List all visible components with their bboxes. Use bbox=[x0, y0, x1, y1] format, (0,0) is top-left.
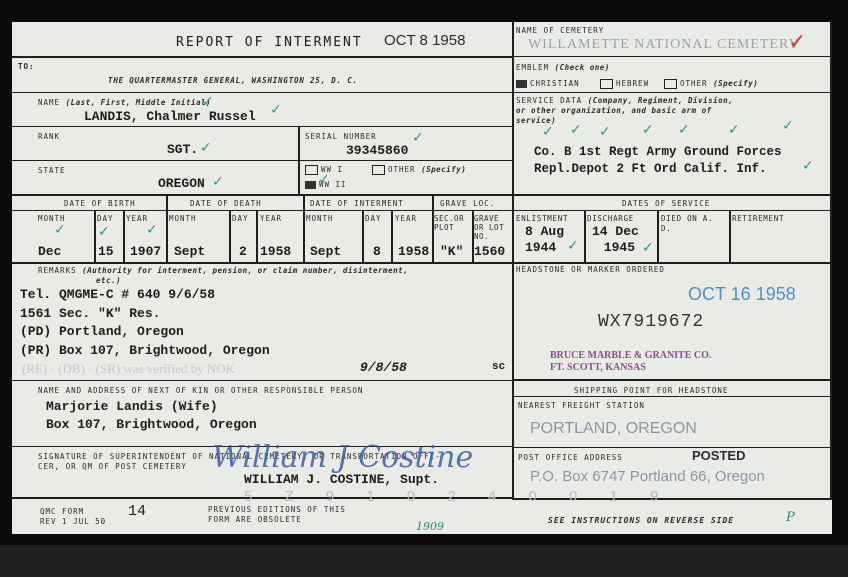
divider bbox=[12, 262, 832, 264]
interment-year: 1958 bbox=[398, 244, 429, 259]
verification-check-icon: ✓ bbox=[146, 222, 158, 238]
interment-day: 8 bbox=[373, 244, 381, 259]
remarks-line: 1561 Sec. "K" Res. bbox=[20, 305, 270, 324]
cemetery-label: NAME OF CEMETERY bbox=[516, 26, 604, 35]
interment-day-label: DAY bbox=[365, 214, 382, 223]
verification-check-icon: ✓ bbox=[212, 174, 224, 190]
remarks-line: (PR) Box 107, Brightwood, Oregon bbox=[20, 342, 270, 361]
divider bbox=[12, 380, 512, 381]
verification-check-icon: ✓ bbox=[98, 224, 110, 240]
remarks-label: REMARKS (Authority for interment, pensio… bbox=[38, 266, 408, 286]
to-value: THE QUARTERMASTER GENERAL, WASHINGTON 25… bbox=[108, 76, 358, 85]
column-divider bbox=[123, 210, 125, 262]
column-divider bbox=[298, 126, 300, 194]
date-of-interment-header: DATE OF INTERMENT bbox=[310, 199, 404, 208]
shipping-header: SHIPPING POINT FOR HEADSTONE bbox=[574, 386, 728, 395]
section-label: SEC.ORPLOT bbox=[434, 214, 464, 232]
grave-lot-number: 1560 bbox=[474, 244, 505, 259]
interment-month-label: MONTH bbox=[306, 214, 334, 223]
column-divider bbox=[362, 210, 364, 262]
grave-location-header: GRAVE LOC. bbox=[440, 199, 495, 208]
handwritten-mark: P bbox=[786, 510, 795, 525]
instructions-notice: SEE INSTRUCTIONS ON REVERSE SIDE bbox=[548, 516, 734, 525]
service-data-value: Co. B 1st Regt Army Ground ForcesRepl.De… bbox=[534, 144, 782, 178]
checkbox-empty-icon bbox=[600, 79, 613, 89]
birth-month: Dec bbox=[38, 244, 61, 259]
verification-check-icon: ✓ bbox=[599, 124, 611, 140]
death-day-label: DAY bbox=[232, 214, 249, 223]
enlistment-date: 8 Aug1944 bbox=[525, 224, 564, 256]
death-day: 2 bbox=[239, 244, 247, 259]
verified-note: (RE) · (DB) · (SR) was verified by NOK bbox=[22, 361, 235, 377]
checkbox-checked-icon bbox=[516, 80, 527, 88]
divider bbox=[512, 396, 832, 397]
death-month-label: MONTH bbox=[169, 214, 197, 223]
clerk-initials: sc bbox=[492, 361, 505, 373]
divider bbox=[12, 56, 512, 58]
verification-check-icon: ✓ bbox=[642, 240, 654, 256]
serial-number-label: SERIAL NUMBER bbox=[305, 132, 377, 141]
birth-year: 1907 bbox=[130, 244, 161, 259]
obsolete-notice: PREVIOUS EDITIONS OF THISFORM ARE OBSOLE… bbox=[208, 505, 346, 525]
emblem-christian-option[interactable]: CHRISTIAN bbox=[516, 79, 580, 88]
handwritten-note: 1909 bbox=[416, 520, 444, 533]
verification-check-icon: ✓ bbox=[270, 102, 282, 118]
checkbox-empty-icon bbox=[372, 165, 385, 175]
divider bbox=[12, 210, 832, 211]
headstone-vendor-stamp: BRUCE MARBLE & GRANITE CO.FT. SCOTT, KAN… bbox=[550, 350, 711, 374]
divider bbox=[512, 56, 832, 57]
remarks-text: Tel. QMGME-C # 640 9/6/58 1561 Sec. "K" … bbox=[20, 286, 270, 360]
retirement-label: RETIREMENT bbox=[732, 214, 784, 223]
checkbox-checked-icon bbox=[305, 181, 316, 189]
birth-year-label: YEAR bbox=[126, 214, 148, 223]
headstone-ordered-date-stamp: OCT 16 1958 bbox=[688, 284, 796, 305]
next-of-kin-value: Marjorie Landis (Wife)Box 107, Brightwoo… bbox=[46, 398, 257, 434]
remarks-line: Tel. QMGME-C # 640 9/6/58 bbox=[20, 286, 270, 305]
death-year: 1958 bbox=[260, 244, 291, 259]
verification-check-icon: ✓ bbox=[412, 130, 424, 146]
column-divider bbox=[166, 194, 168, 262]
freight-station-value: PORTLAND, OREGON bbox=[530, 420, 697, 438]
emblem-other-option[interactable]: OTHER (Specify) bbox=[664, 79, 758, 89]
column-divider bbox=[729, 210, 731, 262]
date-of-death-header: DATE OF DEATH bbox=[190, 199, 262, 208]
column-divider bbox=[830, 22, 832, 498]
death-month: Sept bbox=[174, 244, 205, 259]
column-divider bbox=[94, 210, 96, 262]
grave-section: "K" bbox=[440, 244, 463, 259]
column-divider bbox=[512, 22, 514, 498]
received-date-stamp: OCT 8 1958 bbox=[384, 32, 465, 49]
verification-check-icon: ✓ bbox=[678, 122, 690, 138]
interment-report-card: REPORT OF INTERMENT OCT 8 1958 TO: THE Q… bbox=[12, 22, 832, 534]
verification-check-icon: ✓ bbox=[567, 238, 579, 254]
headstone-label: HEADSTONE OR MARKER ORDERED bbox=[516, 265, 665, 274]
death-year-label: YEAR bbox=[260, 214, 282, 223]
verification-check-icon: ✓ bbox=[728, 122, 740, 138]
name-label: NAME (Last, First, Middle Initial) bbox=[38, 98, 211, 107]
divider bbox=[12, 160, 512, 161]
headstone-order-number: WX7919672 bbox=[598, 312, 704, 332]
discharge-date: 14 Dec1945 bbox=[592, 224, 639, 256]
divider bbox=[12, 92, 512, 93]
lot-label: GRAVEOR LOTNO. bbox=[474, 214, 504, 241]
emblem-label: EMBLEM (Check one) bbox=[516, 63, 610, 72]
column-divider bbox=[657, 210, 659, 262]
form-id: QMC FORMREV 1 JUL 50 bbox=[40, 507, 106, 527]
verification-check-icon: ✓ bbox=[54, 222, 66, 238]
form-number: 14 bbox=[128, 503, 146, 520]
enlistment-label: ENLISTMENT bbox=[516, 214, 568, 223]
form-title: REPORT OF INTERMENT bbox=[176, 35, 363, 50]
verification-check-icon: ✓ bbox=[642, 122, 654, 138]
serial-watermark: 5 Z 9 1 0 2 4 0 0 1 9 bbox=[244, 488, 672, 505]
column-divider bbox=[256, 210, 258, 262]
verification-check-icon: ✓ bbox=[200, 140, 212, 156]
emblem-hebrew-option[interactable]: HEBREW bbox=[600, 79, 649, 89]
birth-day: 15 bbox=[98, 244, 114, 259]
freight-station-label: NEAREST FREIGHT STATION bbox=[518, 401, 645, 410]
dates-of-service-header: DATES OF SERVICE bbox=[622, 199, 710, 208]
rank-label: RANK bbox=[38, 132, 60, 141]
superintendent-typed-name: WILLIAM J. COSTINE, Supt. bbox=[244, 472, 439, 487]
next-of-kin-label: NAME AND ADDRESS OF NEXT OF KIN OR OTHER… bbox=[38, 386, 363, 395]
verified-date: 9/8/58 bbox=[360, 360, 407, 375]
verification-check-icon: ✓ bbox=[202, 94, 214, 110]
verification-check-icon: ✓ bbox=[570, 122, 582, 138]
verification-check-icon: ✓ bbox=[542, 124, 554, 140]
divider bbox=[512, 379, 832, 381]
serial-number-value: 39345860 bbox=[346, 143, 408, 158]
divider bbox=[12, 126, 512, 127]
column-divider bbox=[584, 210, 586, 262]
state-value: OREGON bbox=[158, 176, 205, 191]
verification-check-icon: ✓ bbox=[318, 172, 330, 188]
viewer-bottom-bar bbox=[0, 545, 848, 577]
to-label: TO: bbox=[18, 62, 35, 71]
divider bbox=[512, 92, 832, 93]
column-divider bbox=[391, 210, 393, 262]
birth-day-label: DAY bbox=[97, 214, 114, 223]
checkbox-empty-icon bbox=[305, 165, 318, 175]
column-divider bbox=[229, 210, 231, 262]
column-divider bbox=[303, 194, 305, 262]
posted-stamp: POSTED bbox=[692, 448, 745, 463]
divider bbox=[12, 194, 832, 196]
post-office-label: POST OFFICE ADDRESS bbox=[518, 453, 623, 462]
verification-check-icon: ✓ bbox=[802, 158, 814, 174]
post-office-value: P.O. Box 6747 Portland 66, Oregon bbox=[530, 468, 765, 485]
discharge-label: DISCHARGE bbox=[587, 214, 634, 223]
verification-check-icon: ✓ bbox=[782, 118, 794, 134]
died-on-ad-label: DIED ON A.D. bbox=[661, 214, 713, 234]
interment-month: Sept bbox=[310, 244, 341, 259]
service-data-label: SERVICE DATA (Company, Regiment, Divisio… bbox=[516, 96, 733, 126]
superintendent-signature: William J Costine bbox=[212, 440, 473, 475]
remarks-line: (PD) Portland, Oregon bbox=[20, 323, 270, 342]
rank-value: SGT. bbox=[167, 142, 198, 157]
divider bbox=[512, 447, 832, 448]
cemetery-name: WILLAMETTE NATIONAL CEMETERY bbox=[528, 37, 800, 53]
interment-year-label: YEAR bbox=[395, 214, 417, 223]
war-other-option[interactable]: OTHER (Specify) bbox=[372, 165, 466, 175]
deceased-name: LANDIS, Chalmer Russel bbox=[84, 109, 256, 124]
red-check-icon: ✓ bbox=[788, 30, 806, 55]
checkbox-empty-icon bbox=[664, 79, 677, 89]
date-of-birth-header: DATE OF BIRTH bbox=[64, 199, 136, 208]
state-label: STATE bbox=[38, 166, 66, 175]
